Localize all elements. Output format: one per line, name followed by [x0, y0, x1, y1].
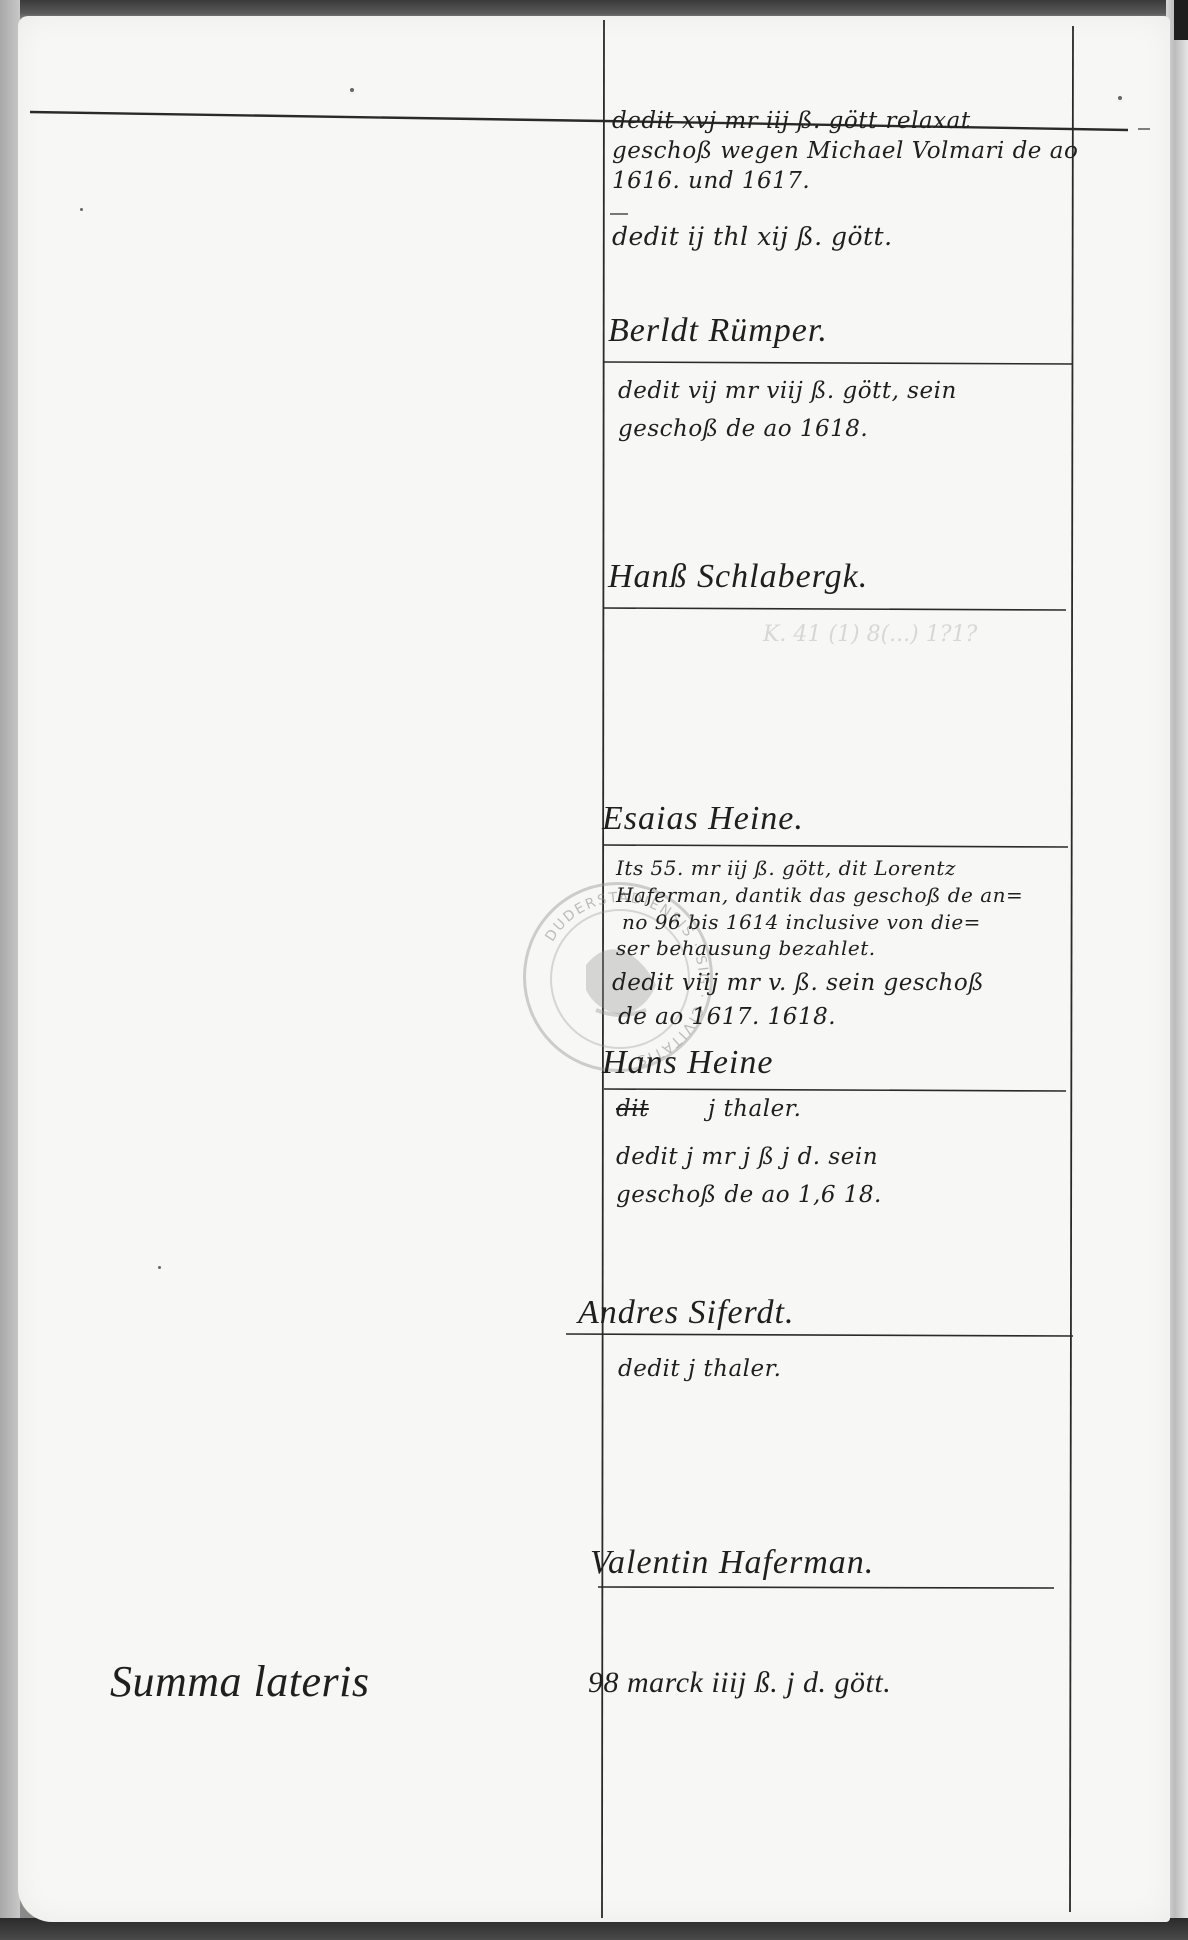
entry-line: dedit vij mr viij ß. gött, sein: [618, 378, 957, 404]
entry-line: geschoß de ao 1618.: [618, 416, 868, 442]
entry-line: 1616. und 1617.: [612, 168, 810, 194]
summa-label: Summa lateris: [110, 1656, 370, 1707]
entry-line: Its 55. mr iij ß. gött, dit Lorentz: [616, 856, 956, 880]
entry-name: Hanß Schlabergk.: [608, 558, 868, 596]
entry-line: geschoß wegen Michael Volmari de ao: [612, 138, 1078, 164]
entry-line: dedit ij thl xij ß. gött.: [612, 222, 893, 251]
entry-name: Berldt Rümper.: [608, 312, 828, 350]
manuscript-page: K. 41 (1) 8(...) 1?1? DUDERSTADIENSIS · …: [18, 16, 1170, 1922]
entry-line: Haferman, dantik das geschoß de an=: [616, 883, 1023, 907]
entry-line: dedit j thaler.: [618, 1356, 781, 1382]
entry-name: Hans Heine: [602, 1044, 773, 1082]
entry-line: dedit viij mr v. ß. sein geschoß: [612, 970, 984, 996]
entry-line: no 96 bis 1614 inclusive von die=: [622, 910, 981, 934]
entry-line: geschoß de ao 1,6 18.: [616, 1182, 882, 1208]
entry-name: Valentin Haferman.: [590, 1544, 874, 1582]
entry-line: j thaler.: [708, 1096, 801, 1122]
entry-name: Andres Siferdt.: [578, 1294, 794, 1332]
entry-line: de ao 1617. 1618.: [618, 1004, 836, 1030]
entry-line: ser behausung bezahlet.: [616, 936, 876, 960]
scan-left-edge: [0, 0, 20, 1940]
summa-value: 98 marck iiij ß. j d. gött.: [588, 1666, 891, 1700]
entry-name: Esaias Heine.: [602, 800, 804, 838]
entry-line: dedit j mr j ß j d. sein: [616, 1144, 878, 1170]
entry-line: dedit xvj mr iij ß. gött relaxat: [612, 108, 971, 134]
entry-line-struck: dit: [616, 1096, 649, 1122]
